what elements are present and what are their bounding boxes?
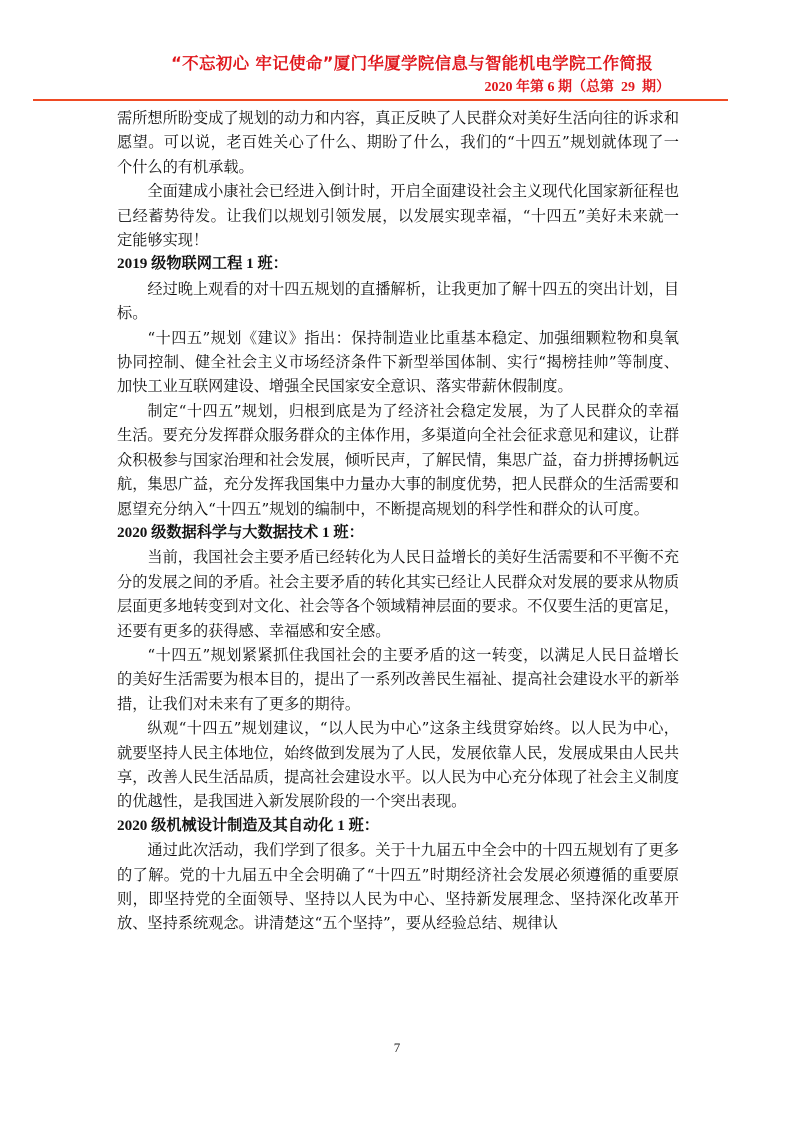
header-divider [33,99,728,101]
section-heading-data-science-2020: 2020 级数据科学与大数据技术 1 班： [117,521,679,545]
section-heading-mechanical-2020: 2020 级机械设计制造及其自动化 1 班： [117,814,679,838]
paragraph: 通过此次活动，我们学到了很多。关于十九届五中全会中的十四五规划有了更多的了解。党… [117,838,679,936]
paragraph: “十四五”规划紧紧抓住我国社会的主要矛盾的这一转变，以满足人民日益增长的美好生活… [117,643,679,716]
paragraph: 制定“十四五”规划，归根到底是为了经济社会稳定发展，为了人民群众的幸福生活。要充… [117,399,679,521]
issue-number: 2020 年第 6 期（总第 29 期） [485,76,671,96]
paragraph: 全面建成小康社会已经进入倒计时，开启全面建设社会主义现代化国家新征程也已经蓄势待… [117,179,679,252]
bulletin-title: “不忘初心 牢记使命”厦门华厦学院信息与智能机电学院工作简报 [0,50,794,74]
section-heading-iot-2019: 2019 级物联网工程 1 班： [117,252,679,276]
paragraph: 纵观“十四五”规划建议，“以人民为中心”这条主线贯穿始终。以人民为中心，就要坚持… [117,716,679,814]
paragraph-continuation: 需所想所盼变成了规划的动力和内容，真正反映了人民群众对美好生活向往的诉求和愿望。… [117,106,679,179]
paragraph: “十四五”规划《建议》指出：保持制造业比重基本稳定、加强细颗粒物和臭氧协同控制、… [117,326,679,399]
page-number: 7 [0,1040,794,1056]
paragraph: 当前，我国社会主要矛盾已经转化为人民日益增长的美好生活需要和不平衡不充分的发展之… [117,545,679,643]
paragraph: 经过晚上观看的对十四五规划的直播解析，让我更加了解十四五的突出计划，目标。 [117,277,679,326]
article-body: 需所想所盼变成了规划的动力和内容，真正反映了人民群众对美好生活向往的诉求和愿望。… [117,106,679,936]
